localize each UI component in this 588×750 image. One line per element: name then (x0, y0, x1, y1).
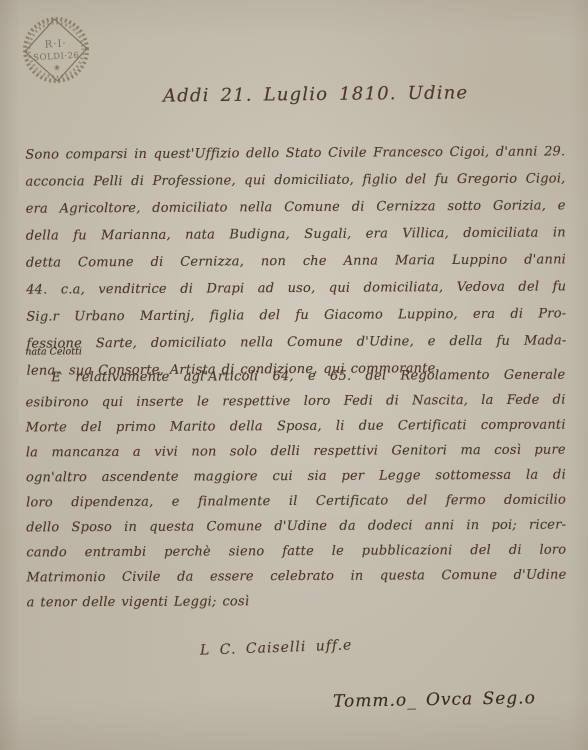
manuscript-line: Sono comparsi in quest'Uffizio dello Sta… (25, 138, 565, 168)
paragraph-documents: E relativamente agl'Articoli 64, e 65. d… (25, 363, 566, 616)
paragraph-parties: Sono comparsi in quest'Uffizio dello Sta… (25, 138, 566, 384)
manuscript-line: E relativamente agl'Articoli 64, e 65. d… (25, 363, 565, 391)
manuscript-line: Matrimonio Civile da essere celebrato in… (26, 563, 566, 591)
manuscript-line: Morte del primo Marito della Sposa, li d… (26, 413, 566, 441)
manuscript-line: la mancanza a vivi non solo delli respet… (26, 438, 566, 466)
signature-secretary: Tomm.o_ Ovca Seg.o (333, 688, 536, 712)
manuscript-line: fessione Sarte, domiciliato nella Comune… (26, 327, 566, 357)
manuscript-line: loro dipendenza, e finalmente il Certifi… (26, 488, 566, 516)
manuscript-line: cando entrambi perchè sieno fatte le pub… (26, 538, 566, 566)
manuscript-line: a tenor delle vigenti Leggi; così (27, 588, 567, 616)
manuscript-line: ogn'altro ascendente maggiore cui sia pe… (26, 463, 566, 491)
signature-official: L C. Caiselli uff.e (200, 637, 353, 658)
manuscript-line: era Agricoltore, domiciliato nella Comun… (26, 192, 566, 222)
manuscript-page: R·I· SOLDI·26 ❀ Addi 21. Luglio 1810. Ud… (0, 0, 588, 750)
manuscript-line: 44. c.a, venditrice di Drapi ad uso, qui… (26, 273, 566, 303)
manuscript-line: acconcia Pelli di Professione, qui domic… (25, 165, 565, 195)
stamp-bottom-text: SOLDI·26 (33, 51, 80, 63)
stamp-ornament: ❀ (54, 64, 60, 72)
interlinear-insertion: nata Celotti (25, 338, 82, 365)
revenue-stamp-icon: R·I· SOLDI·26 ❀ (18, 12, 94, 88)
dateline: Addi 21. Luglio 1810. Udine (163, 82, 469, 106)
manuscript-line: della fu Marianna, nata Budigna, Sugali,… (26, 219, 566, 249)
manuscript-line: esibirono qui inserte le respettive loro… (25, 388, 565, 416)
manuscript-line: Sig.r Urbano Martinj, figlia del fu Giac… (26, 300, 566, 330)
stamp-top-text: R·I· (45, 38, 67, 50)
manuscript-line: detta Comune di Cernizza, non che Anna M… (26, 246, 566, 276)
manuscript-line: dello Sposo in questa Comune d'Udine da … (26, 513, 566, 541)
